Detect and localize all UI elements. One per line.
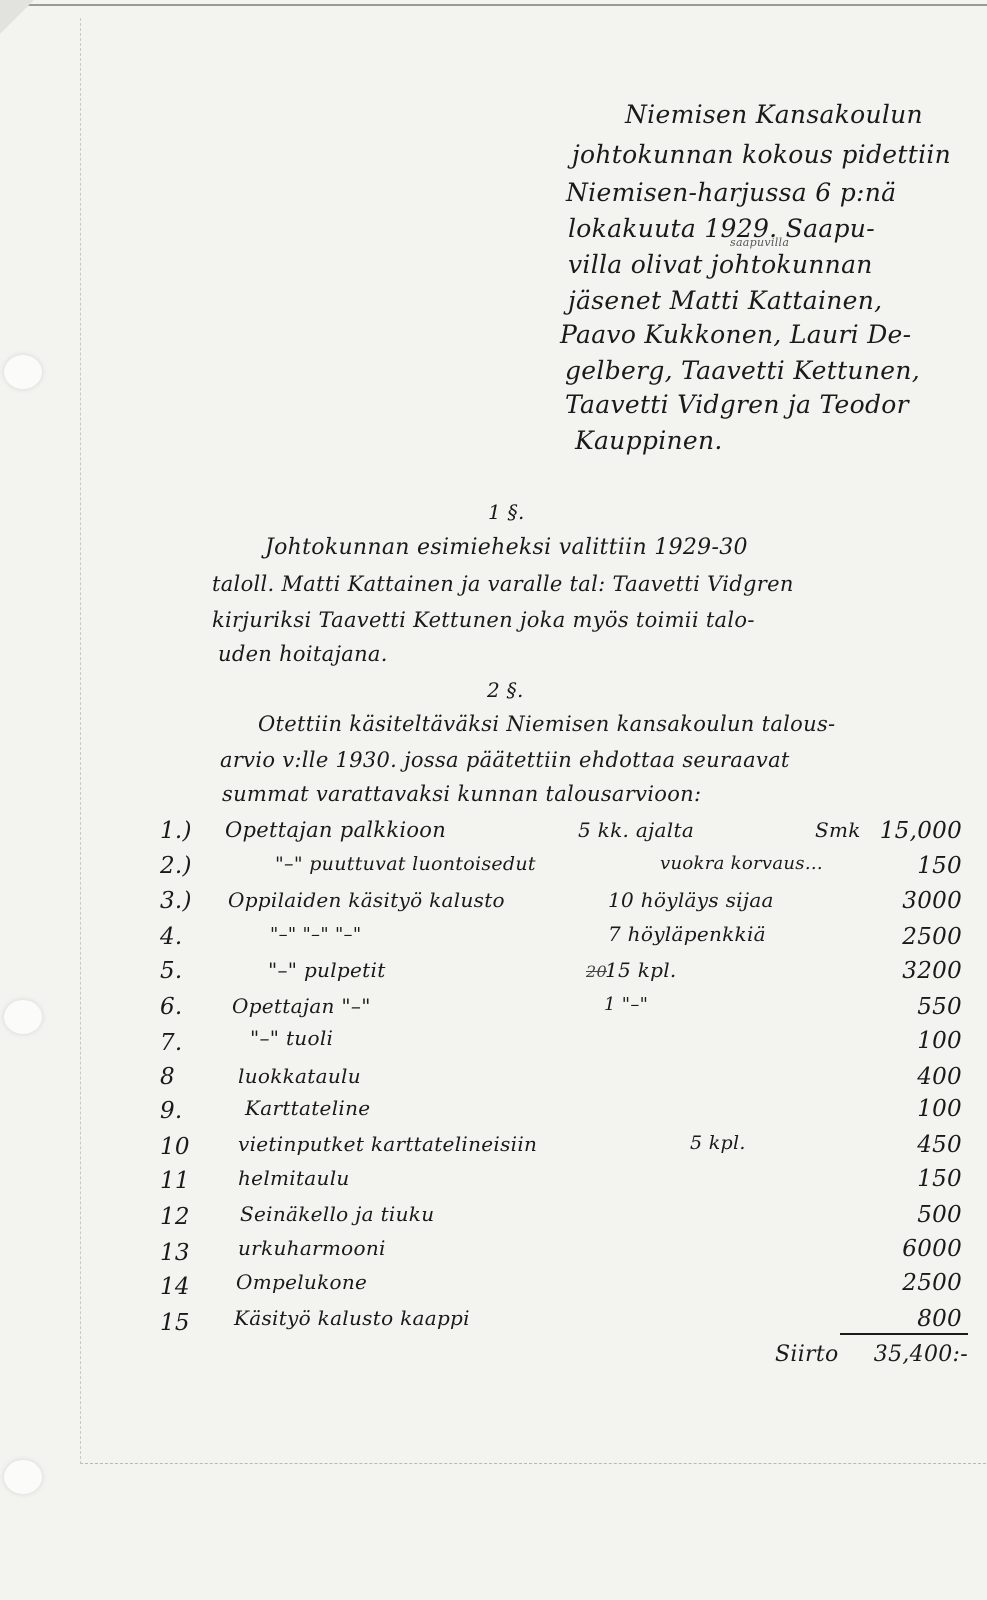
- section-line: taloll. Matti Kattainen ja varalle tal: …: [212, 572, 794, 596]
- item-description: vietinputket karttatelineisiin: [238, 1132, 537, 1156]
- carry-forward-amount: 35,400:-: [840, 1342, 968, 1367]
- item-description: Opettajan palkkioon: [225, 818, 446, 842]
- header-line: Niemisen Kansakoulun: [625, 100, 923, 129]
- item-amount: 150: [860, 1166, 962, 1192]
- page-top-edge: [16, 4, 987, 6]
- scanned-page: Niemisen Kansakoulun johtokunnan kokous …: [0, 0, 987, 1600]
- item-description: "–" "–" "–": [270, 924, 361, 945]
- item-amount: 2500: [860, 1270, 962, 1296]
- punch-hole-icon: [4, 1460, 42, 1494]
- header-line: Kauppinen.: [575, 426, 723, 455]
- header-line: johtokunnan kokous pidettiin: [572, 140, 951, 169]
- item-number: 8: [160, 1064, 175, 1090]
- item-amount: 500: [860, 1202, 962, 1228]
- header-line: Niemisen-harjussa 6 p:nä: [566, 178, 896, 207]
- item-description: "–" pulpetit: [268, 958, 386, 982]
- item-quantity: 10 höyläys sijaa: [608, 888, 774, 912]
- item-number: 1.): [160, 818, 192, 844]
- header-line: Paavo Kukkonen, Lauri De-: [560, 320, 911, 349]
- item-number: 2.): [160, 853, 192, 879]
- struck-quantity: 20: [586, 962, 607, 981]
- item-description: Käsityö kalusto kaappi: [234, 1306, 470, 1330]
- header-line: jäsenet Matti Kattainen,: [568, 286, 882, 315]
- item-amount: 550: [860, 994, 962, 1020]
- item-number: 11: [160, 1168, 190, 1194]
- item-number: 3.): [160, 888, 192, 914]
- item-quantity: 5 kpl.: [690, 1132, 746, 1154]
- item-amount: 2500: [860, 924, 962, 950]
- header-line: lokakuuta 1929. Saapu-: [568, 214, 875, 243]
- section-line: summat varattavaksi kunnan talousarvioon…: [222, 782, 701, 806]
- item-description: Oppilaiden käsityö kalusto: [228, 888, 505, 912]
- inserted-word: saapuvilla: [730, 236, 789, 249]
- section-line: Johtokunnan esimieheksi valittiin 1929-3…: [265, 535, 748, 560]
- item-description: Karttateline: [245, 1096, 370, 1120]
- item-number: 15: [160, 1310, 190, 1336]
- item-number: 10: [160, 1134, 190, 1160]
- item-quantity: 1 "–": [604, 994, 648, 1015]
- header-line: villa olivat johtokunnan: [568, 250, 873, 279]
- item-amount: 150: [860, 853, 962, 879]
- item-description: Seinäkello ja tiuku: [240, 1202, 434, 1226]
- item-description: Ompelukone: [236, 1270, 367, 1294]
- item-description: "–" tuoli: [250, 1026, 333, 1050]
- item-amount: 100: [860, 1096, 962, 1122]
- item-amount: 6000: [860, 1236, 962, 1262]
- section-line: kirjuriksi Taavetti Kettunen joka myös t…: [212, 608, 755, 632]
- item-amount: 100: [860, 1028, 962, 1054]
- item-description: Opettajan "–": [232, 994, 371, 1018]
- currency-label: Smk: [815, 818, 861, 842]
- header-line: Taavetti Vidgren ja Teodor: [565, 390, 909, 419]
- carry-forward-label: Siirto: [775, 1342, 839, 1367]
- section-mark: 2 §.: [487, 678, 524, 702]
- item-quantity: 7 höyläpenkkiä: [608, 922, 766, 946]
- item-quantity: 5 kk. ajalta: [578, 818, 694, 842]
- item-number: 4.: [160, 924, 183, 950]
- item-number: 7.: [160, 1030, 183, 1056]
- punch-hole-icon: [4, 1000, 42, 1034]
- item-amount: 3200: [860, 958, 962, 984]
- item-quantity: vuokra korvaus...: [660, 853, 823, 874]
- item-amount: 15,000: [860, 818, 962, 844]
- item-description: urkuharmooni: [238, 1236, 386, 1260]
- section-line: uden hoitajana.: [218, 642, 388, 666]
- item-description: luokkataulu: [238, 1064, 361, 1088]
- folded-corner: [0, 0, 34, 34]
- item-amount: 450: [860, 1132, 962, 1158]
- item-number: 6.: [160, 994, 183, 1020]
- header-line: gelberg, Taavetti Kettunen,: [565, 356, 920, 385]
- sum-underline: [840, 1333, 968, 1335]
- item-quantity: 15 kpl.: [605, 958, 677, 982]
- item-number: 13: [160, 1240, 190, 1266]
- item-number: 9.: [160, 1098, 183, 1124]
- item-number: 12: [160, 1204, 190, 1230]
- item-amount: 3000: [860, 888, 962, 914]
- section-line: Otettiin käsiteltäväksi Niemisen kansako…: [258, 712, 835, 736]
- item-number: 5.: [160, 958, 183, 984]
- item-number: 14: [160, 1274, 190, 1300]
- section-line: arvio v:lle 1930. jossa päätettiin ehdot…: [220, 748, 790, 772]
- section-mark: 1 §.: [488, 500, 525, 524]
- item-amount: 800: [860, 1306, 962, 1332]
- item-amount: 400: [860, 1064, 962, 1090]
- item-description: helmitaulu: [238, 1166, 350, 1190]
- punch-hole-icon: [4, 355, 42, 389]
- item-description: "–" puuttuvat luontoisedut: [275, 853, 536, 875]
